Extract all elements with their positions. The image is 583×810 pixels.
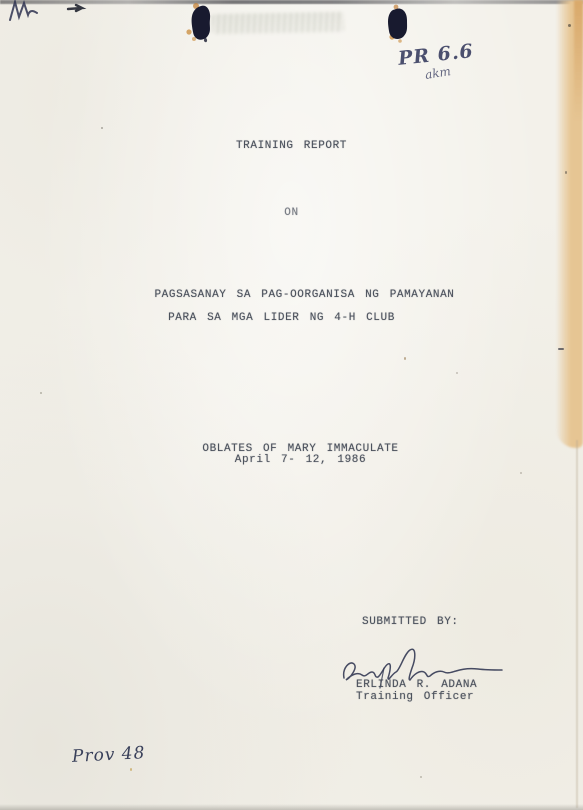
scan-speck: [558, 348, 564, 350]
handwritten-page-note: Prov 48: [72, 743, 146, 767]
title-line-1: PAGSASANAY SA PAG-OORGANISA NG PAMAYANAN: [13, 289, 583, 301]
scanned-document-page: PR 6.6 akm Prov 48 TRAINING REPORT ON PA…: [0, 0, 583, 810]
scan-speck: [520, 472, 522, 474]
binder-fastener-right-icon: [378, 4, 418, 48]
pen-scribble-mark: [6, 0, 98, 26]
scan-speck: [130, 768, 132, 771]
report-heading: TRAINING REPORT: [0, 140, 583, 152]
title-line-2: PARA SA MGA LIDER NG 4-H CLUB: [0, 312, 573, 324]
binder-fastener-left-icon: [180, 2, 222, 46]
signatory-title: Training Officer: [356, 691, 474, 703]
scan-speck: [568, 24, 571, 27]
date-line: April 7- 12, 1986: [9, 454, 583, 466]
handwritten-initials: akm: [424, 64, 452, 82]
signatory-name: ERLINDA R. ADANA: [356, 679, 477, 691]
scan-speck: [40, 392, 42, 394]
on-label: ON: [0, 207, 583, 219]
submitted-by-label: SUBMITTED BY:: [362, 616, 459, 628]
aged-paper-edge-dark: [574, 0, 583, 120]
page-edge-crease: [576, 440, 578, 808]
scan-bottom-edge: [0, 804, 583, 810]
scan-speck: [101, 127, 103, 129]
scan-speck: [456, 372, 458, 374]
scan-speck: [565, 171, 567, 174]
scan-speck: [404, 357, 406, 360]
scan-speck: [420, 776, 422, 778]
faded-stamp-smudge: [212, 12, 344, 34]
